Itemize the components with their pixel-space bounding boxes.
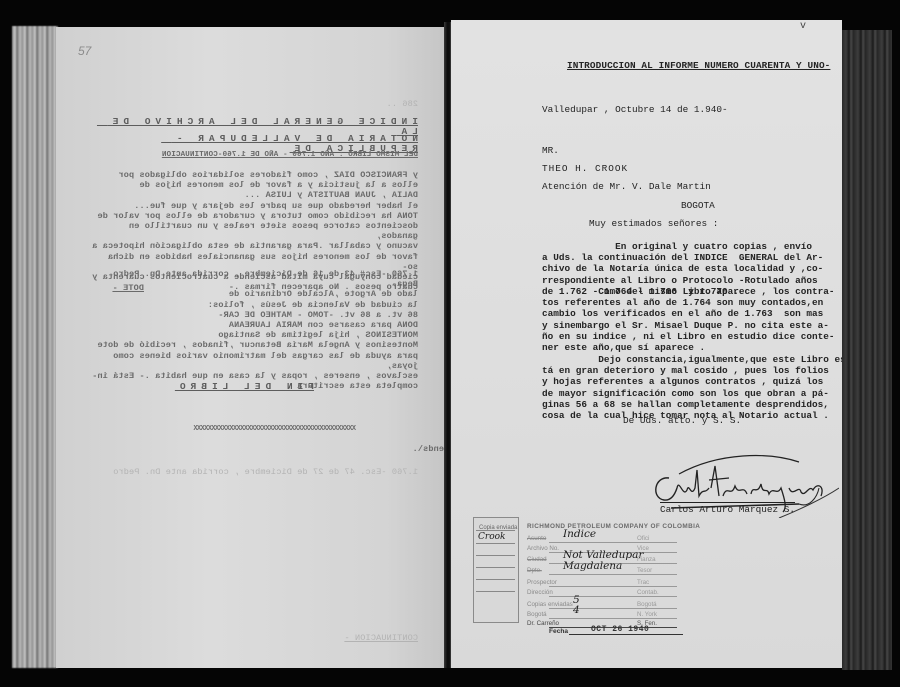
received-stamp: Copia enviada Crook RICHMOND PETROLEUM C… bbox=[473, 517, 683, 637]
recipient-city: BOGOTA bbox=[681, 200, 715, 211]
body-paragraph-3: Dejo constancia,igualmente,que este Libr… bbox=[542, 354, 832, 421]
attention-line: Atención de Mr. V. Dale Martin bbox=[542, 181, 711, 192]
stamp-company-title: RICHMOND PETROLEUM COMPANY OF COLOMBIA bbox=[527, 521, 700, 532]
copy-sent-handwritten: Crook bbox=[478, 532, 505, 543]
stamp-row: Asunto IndiceOfici bbox=[527, 533, 677, 543]
document-spread: 57 286 .. INDICE GENERAL DEL ARCHIVO DE … bbox=[0, 0, 900, 687]
stamp-row: Dirección Contab. bbox=[527, 587, 677, 597]
salutation-mr: MR. bbox=[542, 145, 559, 156]
closing: De Uds. atto. y S. S. bbox=[623, 415, 741, 426]
left-bottom-2: CONTINUACION - bbox=[88, 633, 418, 643]
right-page: v INTRODUCCION AL INFORME NUMERO CUARENT… bbox=[451, 20, 842, 668]
stamp-row: Copias enviadas 5Bogotá bbox=[527, 599, 677, 609]
left-dote-label: DOTE - bbox=[84, 283, 144, 293]
stamp-row: Dpto. MagdalenaTesor bbox=[527, 565, 677, 575]
typed-signature: Carlos Arturo Márquez S. bbox=[660, 502, 795, 515]
recipient-name: THEO H. CROOK bbox=[542, 163, 628, 174]
mirrored-bleedthrough-text: 286 .. INDICE GENERAL DEL ARCHIVO DE LA … bbox=[56, 27, 444, 668]
body-paragraph-2: Como del mismo Libro aparece , los contr… bbox=[542, 286, 832, 353]
greeting: Muy estimados señores : bbox=[589, 218, 718, 229]
letter-title: INTRODUCCION AL INFORME NUMERO CUARENTA … bbox=[567, 60, 830, 71]
left-bottom-1: 1.760 -Esc. 47 de 27 de Diciembre , corr… bbox=[88, 467, 418, 477]
stamp-date-label: Fecha bbox=[549, 626, 568, 637]
left-page: 57 286 .. INDICE GENERAL DEL ARCHIVO DE … bbox=[56, 27, 444, 668]
left-heading-3: DEL MISMO LIBRO : AÑO 1.760 - AÑO DE 1.7… bbox=[88, 150, 418, 160]
stamp-row: Prospector Trac bbox=[527, 577, 677, 587]
left-end-heading: FIN DEL LIBRO bbox=[114, 382, 314, 392]
left-ends-label: ends\. bbox=[404, 444, 444, 454]
letter-date: Valledupar , Octubre 14 de 1.940- bbox=[542, 104, 728, 115]
corner-mark: v bbox=[800, 21, 806, 32]
copy-sent-box: Copia enviada Crook bbox=[473, 517, 519, 623]
right-page-edges bbox=[842, 30, 892, 670]
left-xxx-line: XXXXXXXXXXXXXXXXXXXXXXXXXXXXXXXXXXXXXXXX… bbox=[126, 424, 356, 434]
left-page-edges bbox=[12, 26, 58, 668]
left-line-0: 286 .. bbox=[88, 99, 418, 109]
